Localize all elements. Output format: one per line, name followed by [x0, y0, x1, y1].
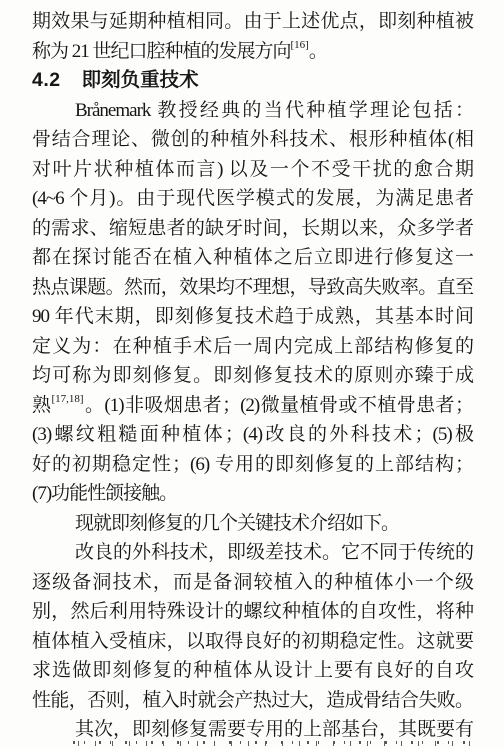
section-title: 即刻负重技术 — [82, 69, 199, 91]
text-segment: 定义为：在种植手术后一周内完成上部结构修复的 — [32, 336, 473, 357]
text-segment: Brånemark 教授经典的当代种植学理论包括： — [75, 100, 473, 121]
text-segment: 逐级备洞技术，而是备洞较植入的种植体小一个级 — [32, 572, 473, 593]
citation-marker: [16] — [291, 39, 309, 51]
text-segment: 。 — [309, 41, 327, 62]
text-line: (7)功能性颌接触。 — [32, 479, 473, 509]
text-segment: 改良的外科技术，即级差技术。它不同于传统的 — [75, 542, 473, 563]
clipped-text-line — [73, 741, 470, 747]
text-segment: 熟 — [32, 395, 51, 416]
text-line: 现就即刻修复的几个关键技术介绍如下。 — [32, 509, 473, 539]
text-line: 熟[17,18]。(1)非吸烟患者；(2)微量植骨或不植骨患者； — [32, 391, 473, 421]
text-line: 的需求、缩短患者的缺牙时间，长期以来，众多学者 — [32, 214, 473, 244]
text-line: 90 年代末期，即刻修复技术趋于成熟，其基本时间 — [32, 302, 473, 332]
text-segment: 称为 21 世纪口腔种植的发展方向 — [32, 41, 291, 62]
text-segment: 的需求、缩短患者的缺牙时间，长期以来，众多学者 — [32, 218, 473, 239]
text-line: 求选做即刻修复的种植体从设计上要有良好的自攻 — [32, 656, 473, 686]
text-segment: 90 年代末期，即刻修复技术趋于成熟，其基本时间 — [32, 306, 473, 327]
text-line: 别，然后利用特殊设计的螺纹种植体的自攻性，将种 — [32, 597, 473, 627]
text-line: 性能，否则，植入时就会产热过大，造成骨结合失败。 — [32, 686, 473, 716]
text-line: 骨结合理论、微创的种植外科技术、根形种植体(相 — [32, 125, 473, 155]
text-segment: (3)螺纹粗糙面种植体；(4)改良的外科技术；(5)极 — [32, 424, 473, 445]
text-segment: 期效果与延期种植相同。由于上述优点，即刻种植被 — [32, 11, 473, 32]
text-segment: 骨结合理论、微创的种植外科技术、根形种植体(相 — [32, 129, 473, 150]
text-line: 植体植入受植床，以取得良好的初期稳定性。这就要 — [32, 627, 473, 657]
text-segment: 植体植入受植床，以取得良好的初期稳定性。这就要 — [32, 631, 473, 652]
text-line: 定义为：在种植手术后一周内完成上部结构修复的 — [32, 332, 473, 362]
text-line: Brånemark 教授经典的当代种植学理论包括： — [32, 96, 473, 126]
section-number: 4.2 — [32, 69, 61, 91]
text-segment: 现就即刻修复的几个关键技术介绍如下。 — [75, 513, 399, 534]
text-line: (4~6 个月)。由于现代医学模式的发展，为满足患者 — [32, 184, 473, 214]
document-page: 期效果与延期种植相同。由于上述优点，即刻种植被称为 21 世纪口腔种植的发展方向… — [0, 0, 504, 749]
text-segment: 热点课题。然而，效果均不理想，导致高失败率。直至 — [32, 277, 473, 298]
text-line: 改良的外科技术，即级差技术。它不同于传统的 — [32, 538, 473, 568]
text-line: 称为 21 世纪口腔种植的发展方向[16]。 — [32, 37, 473, 67]
text-line: 期效果与延期种植相同。由于上述优点，即刻种植被 — [32, 7, 473, 37]
section-heading: 4.2即刻负重技术 — [32, 66, 473, 96]
text-segment: 对叶片状种植体而言) 以及一个不受干扰的愈合期 — [32, 159, 473, 180]
text-segment: 别，然后利用特殊设计的螺纹种植体的自攻性，将种 — [32, 601, 473, 622]
text-line: 对叶片状种植体而言) 以及一个不受干扰的愈合期 — [32, 155, 473, 185]
text-line: 好的初期稳定性；(6) 专用的即刻修复的上部结构； — [32, 450, 473, 480]
text-segment: 好的初期稳定性；(6) 专用的即刻修复的上部结构； — [32, 454, 473, 475]
text-segment: 均可称为即刻修复。即刻修复技术的原则亦臻于成 — [32, 365, 473, 386]
text-segment: 。(1)非吸烟患者；(2)微量植骨或不植骨患者； — [84, 395, 473, 416]
text-segment: (7)功能性颌接触。 — [32, 483, 177, 504]
text-segment: 性能，否则，植入时就会产热过大，造成骨结合失败。 — [32, 690, 473, 711]
text-line: (3)螺纹粗糙面种植体；(4)改良的外科技术；(5)极 — [32, 420, 473, 450]
text-column: 期效果与延期种植相同。由于上述优点，即刻种植被称为 21 世纪口腔种植的发展方向… — [32, 7, 473, 745]
citation-marker: [17,18] — [51, 393, 83, 405]
text-segment: (4~6 个月)。由于现代医学模式的发展，为满足患者 — [32, 188, 473, 209]
text-line: 都在探讨能否在植入种植体之后立即进行修复这一 — [32, 243, 473, 273]
text-segment: 其次，即刻修复需要专用的上部基台，其既要有 — [75, 719, 473, 740]
text-line: 热点课题。然而，效果均不理想，导致高失败率。直至 — [32, 273, 473, 303]
text-line: 逐级备洞技术，而是备洞较植入的种植体小一个级 — [32, 568, 473, 598]
text-segment: 求选做即刻修复的种植体从设计上要有良好的自攻 — [32, 660, 473, 681]
text-line: 均可称为即刻修复。即刻修复技术的原则亦臻于成 — [32, 361, 473, 391]
text-segment: 都在探讨能否在植入种植体之后立即进行修复这一 — [32, 247, 473, 268]
